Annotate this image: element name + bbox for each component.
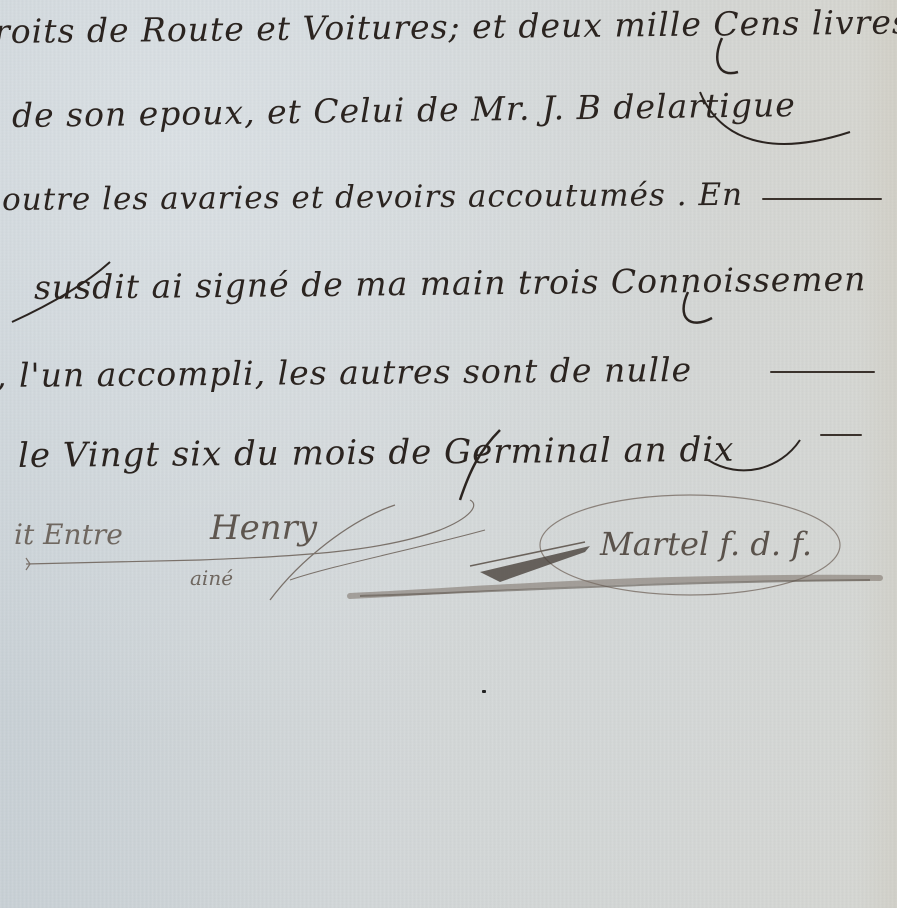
signature-martel-name: Martel [600, 525, 709, 563]
line-filler-dash-6 [820, 434, 862, 436]
handwritten-line-3: outre les avaries et devoirs accoutumés … [2, 177, 743, 218]
handwritten-line-5: , l'un accompli, les autres sont de null… [0, 350, 692, 395]
signature-prefix: it Entre [14, 518, 123, 551]
paper-edge-shade [857, 0, 897, 908]
signature-henry-suffix: ainé [190, 566, 233, 590]
handwritten-line-6: le Vingt six du mois de Germinal an dix [18, 430, 735, 476]
ink-speck [482, 690, 486, 693]
signature-martel: Martel f. d. f. [600, 525, 812, 563]
signature-henry: Henry [210, 508, 317, 548]
line-filler-dash-3 [762, 198, 882, 200]
line-filler-dash-5 [770, 371, 875, 373]
signature-martel-suffix: f. d. f. [719, 525, 812, 563]
